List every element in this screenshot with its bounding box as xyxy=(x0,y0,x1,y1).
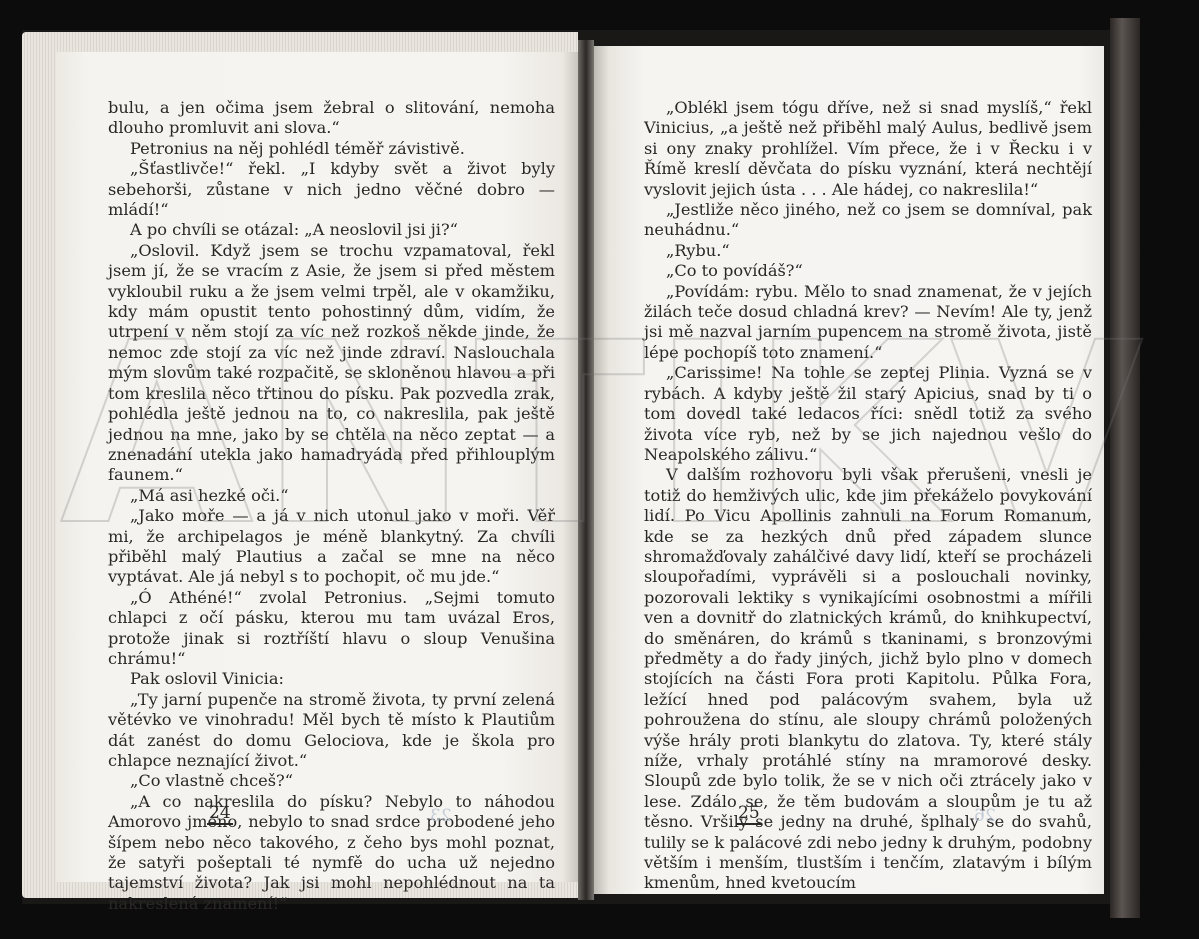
paragraph: „Šťastlivče!“ řekl. „I kdyby svět a živo… xyxy=(108,159,555,220)
paragraph: „Má asi hezké oči.“ xyxy=(108,486,555,506)
left-page-text: bulu, a jen očima jsem žebral o slitován… xyxy=(108,98,555,914)
paragraph: bulu, a jen očima jsem žebral o slitován… xyxy=(108,98,555,139)
right-page-text: „Oblékl jsem tógu dříve, než si snad mys… xyxy=(644,98,1092,894)
paragraph: Petronius na něj pohlédl téměř závistivě… xyxy=(108,139,555,159)
right-page-number: 25 xyxy=(736,804,762,825)
paragraph: „A co nakreslila do písku? Nebylo to náh… xyxy=(108,792,555,914)
paragraph: „Oblékl jsem tógu dříve, než si snad mys… xyxy=(644,98,1092,200)
paragraph: „Rybu.“ xyxy=(644,241,1092,261)
paragraph: „Jestliže něco jiného, než co jsem se do… xyxy=(644,200,1092,241)
paragraph: A po chvíli se otázal: „A neoslovil jsi … xyxy=(108,220,555,240)
paragraph: V dalším rozhovoru byli však přerušeni, … xyxy=(644,465,1092,894)
book-spine-gutter xyxy=(578,40,594,900)
paragraph: „Ó Athéné!“ zvolal Petronius. „Sejmi tom… xyxy=(108,588,555,670)
paragraph: „Co to povídáš?“ xyxy=(644,261,1092,281)
book-edge-right xyxy=(1110,18,1140,918)
paragraph: „Ty jarní pupenče na stromě života, ty p… xyxy=(108,690,555,772)
left-page-number: 24 xyxy=(207,804,233,825)
paragraph: Pak oslovil Vinicia: xyxy=(108,669,555,689)
left-page: bulu, a jen očima jsem žebral o slitován… xyxy=(56,52,578,882)
paragraph: „Co vlastně chceš?“ xyxy=(108,771,555,791)
left-page-bleed-through-number: 23 xyxy=(430,806,452,826)
paragraph: „Povídám: rybu. Mělo to snad znamenat, ž… xyxy=(644,282,1092,364)
right-page: „Oblékl jsem tógu dříve, než si snad mys… xyxy=(594,46,1104,894)
paragraph: „Oslovil. Když jsem se trochu vzpamatova… xyxy=(108,241,555,486)
paragraph: „Jako moře — a já v nich utonul jako v m… xyxy=(108,506,555,588)
paragraph: „Carissime! Na tohle se zeptej Plinia. V… xyxy=(644,363,1092,465)
right-page-bleed-through-number: 26 xyxy=(974,806,996,826)
